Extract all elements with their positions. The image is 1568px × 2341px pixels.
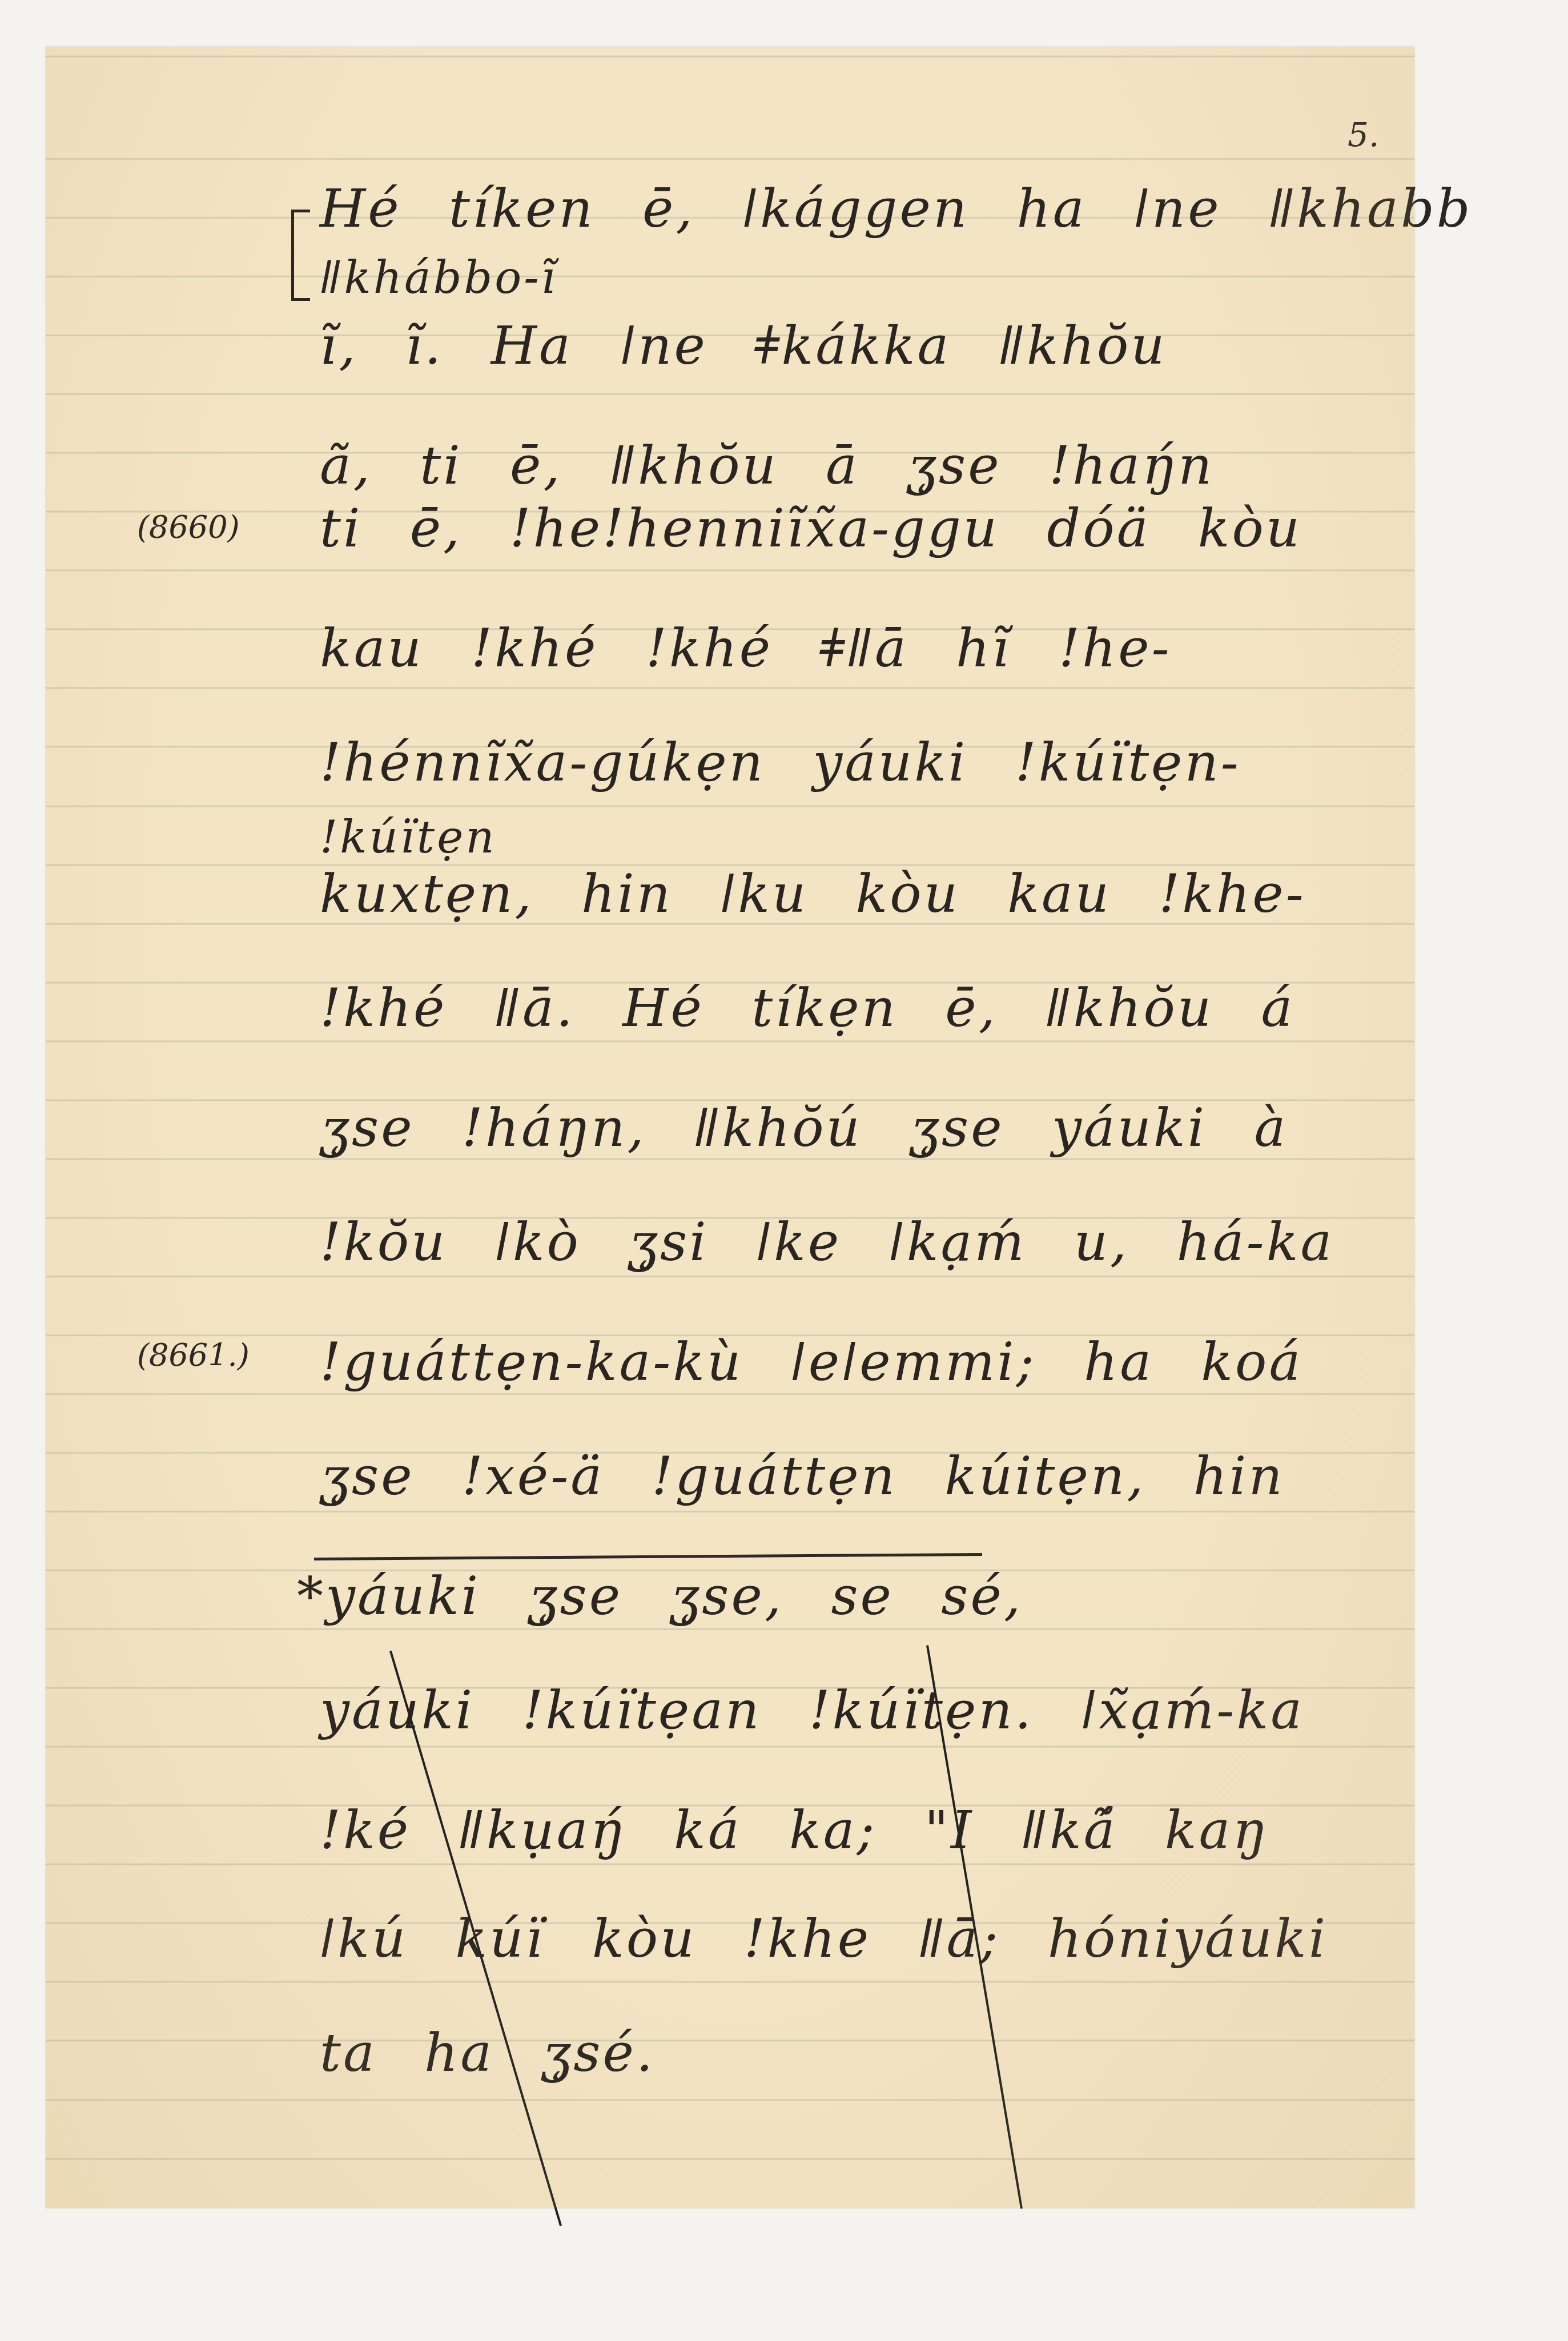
manuscript-line: !khé ǁā. Hé tíkẹn ē, ǁkhŏu á	[320, 978, 1294, 1039]
manuscript-line: !guáttẹn-ka-kù ǀeǀemmi; ha koá	[320, 1332, 1302, 1393]
manuscript-line: kau !khé !khé ǂǁā hĩ !he-	[320, 618, 1172, 679]
margin-reference: (8661.)	[137, 1337, 250, 1373]
line-text: kau !khé !khé ǂǁā hĩ !he-	[320, 618, 1172, 679]
line-text: kuxtẹn, hin ǀku kòu kau !khe-	[320, 863, 1306, 924]
line-text: !khé ǁā. Hé tíkẹn ē, ǁkhŏu á	[320, 978, 1294, 1039]
manuscript-line: !ké ǁkụaŋ́ ká ka; "I ǁkã́ kaŋ	[320, 1800, 1269, 1861]
line-text: !ké ǁkụaŋ́ ká ka; "I ǁkã́ kaŋ	[320, 1800, 1269, 1861]
manuscript-line: !kŏu ǀkò ʒ̨si ǀke ǀkạḿ u, há-ka	[320, 1212, 1334, 1273]
manuscript-line: ʒ̨se !xé-ä !guáttẹn kúitẹn, hin	[320, 1446, 1285, 1507]
line-text: ã, ti ē, ǁkhŏu ā ʒ̨se !haŋ́n	[320, 435, 1215, 496]
line-text: !guáttẹn-ka-kù ǀeǀemmi; ha koá	[320, 1332, 1302, 1393]
line-text: Hé tíken ē, ǀkággen ha ǀne ǁkhabb	[320, 178, 1473, 239]
manuscript-line: ã, ti ē, ǁkhŏu ā ʒ̨se !haŋ́n	[320, 435, 1215, 496]
line-text: ǀkú kúï kòu !khe ǁā; hóniyáuki	[320, 1908, 1328, 1969]
manuscript-line: ǀkú kúï kòu !khe ǁā; hóniyáuki	[320, 1908, 1328, 1969]
manuscript-page: 5. Hé tíken ē, ǀkággen ha ǀne ǁkhabb ǁkh…	[46, 47, 1414, 2208]
margin-reference: (8660)	[137, 509, 240, 545]
line-text: !kúïtẹn	[320, 812, 497, 863]
line-text: !hénnĩx̃a-gúkẹn yáuki !kúïtẹn-	[320, 732, 1241, 793]
manuscript-line: kuxtẹn, hin ǀku kòu kau !khe-	[320, 863, 1306, 924]
line-text: ǁkhábbo-ĩ	[320, 252, 558, 304]
line-text: !kŏu ǀkò ʒ̨si ǀke ǀkạḿ u, há-ka	[320, 1212, 1334, 1273]
manuscript-line-correction: !kúïtẹn	[320, 812, 497, 863]
line-text: ti ē, !he!henniĩx̃a-ggu dóä kòu	[320, 498, 1302, 559]
line-text: ta ha ʒ̨sé.	[320, 2022, 655, 2083]
footnote-divider	[314, 1553, 982, 1560]
manuscript-line-correction: ǁkhábbo-ĩ	[320, 252, 558, 304]
page-number: 5.	[1348, 115, 1379, 154]
line-text: *yáuki ʒ̨se ʒ̨se, se sé,	[297, 1566, 1023, 1627]
line-text: yáuki !kúïtẹan !kúïtẹn. ǀx̃ạḿ-ka	[320, 1680, 1304, 1741]
manuscript-line: ʒ̨se !háŋn, ǁkhŏú ʒ̨se yáuki à	[320, 1097, 1288, 1159]
footnote-line: *yáuki ʒ̨se ʒ̨se, se sé,	[297, 1566, 1023, 1627]
manuscript-line: ti ē, !he!henniĩx̃a-ggu dóä kòu	[320, 498, 1302, 559]
opening-bracket	[291, 210, 310, 301]
manuscript-line: !hénnĩx̃a-gúkẹn yáuki !kúïtẹn-	[320, 732, 1241, 793]
manuscript-line: ta ha ʒ̨sé.	[320, 2022, 655, 2083]
manuscript-line: Hé tíken ē, ǀkággen ha ǀne ǁkhabb	[320, 178, 1473, 239]
manuscript-line: ĩ, ĩ. Ha ǀne ǂkákka ǁkhŏu	[320, 315, 1167, 376]
line-text: ĩ, ĩ. Ha ǀne ǂkákka ǁkhŏu	[320, 315, 1167, 376]
manuscript-line: yáuki !kúïtẹan !kúïtẹn. ǀx̃ạḿ-ka	[320, 1680, 1304, 1741]
line-text: ʒ̨se !háŋn, ǁkhŏú ʒ̨se yáuki à	[320, 1097, 1288, 1159]
line-text: ʒ̨se !xé-ä !guáttẹn kúitẹn, hin	[320, 1446, 1285, 1507]
